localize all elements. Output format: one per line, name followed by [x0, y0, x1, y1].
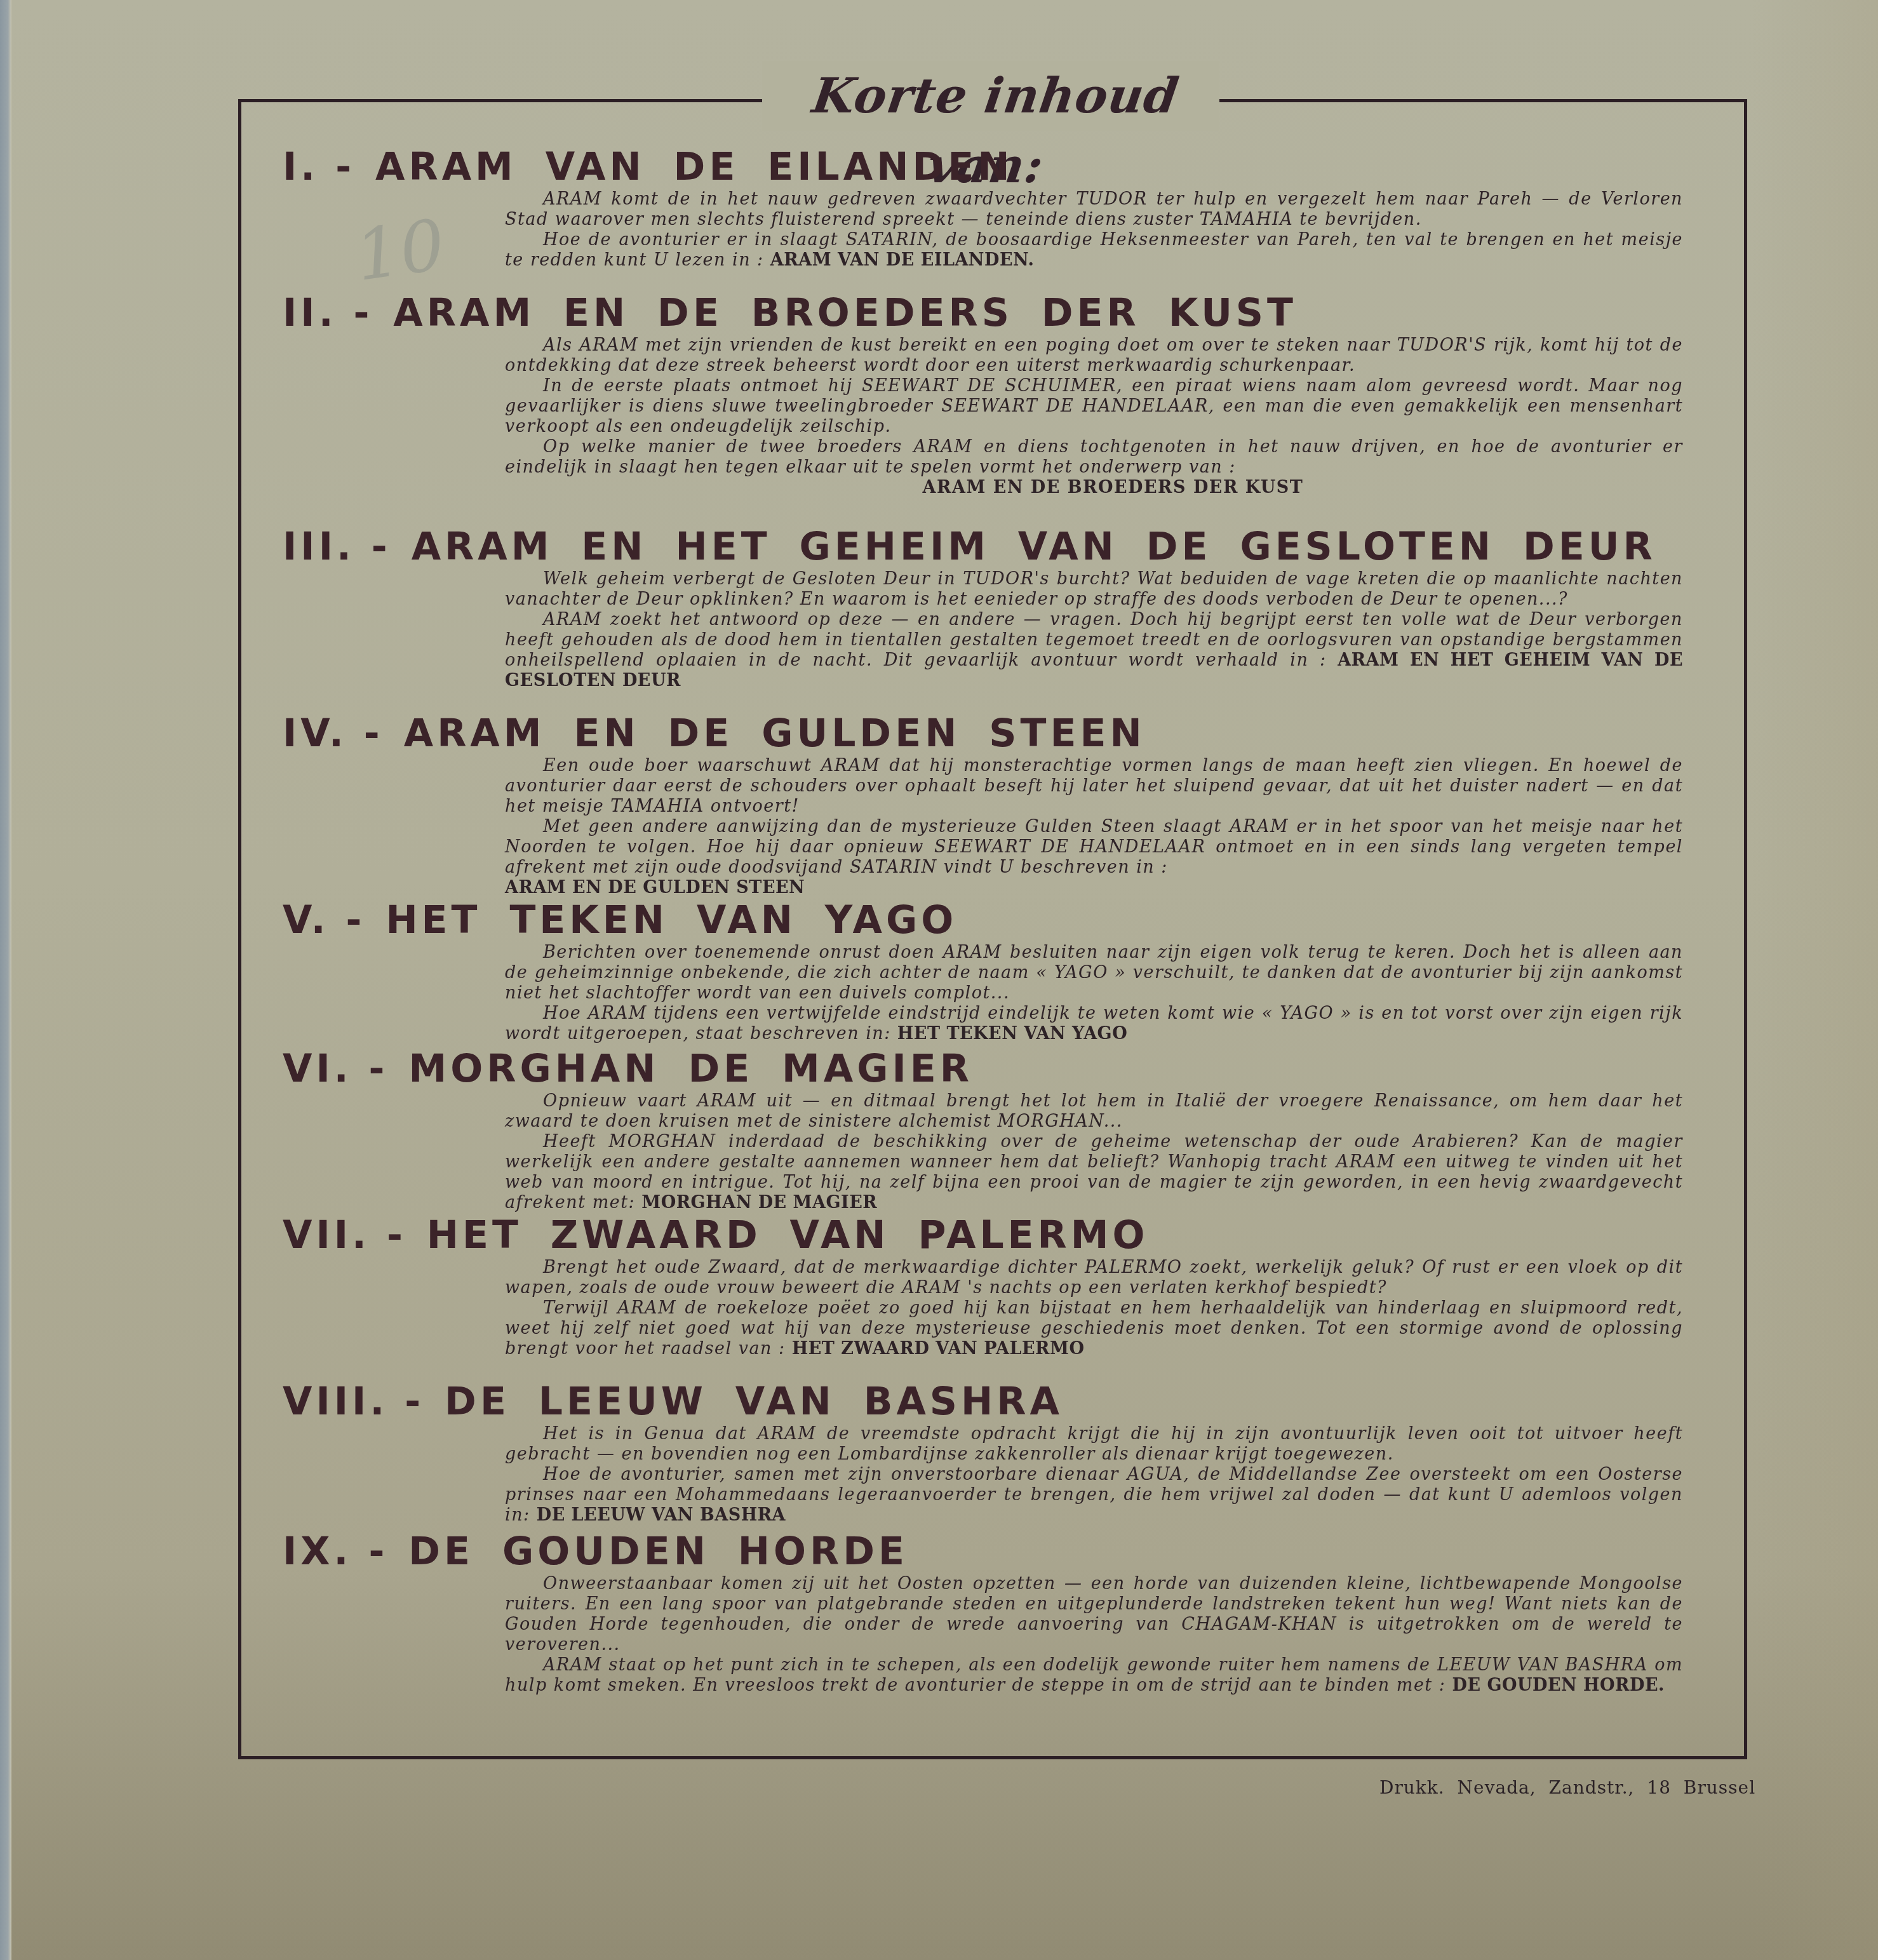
paragraph: Brengt het oude Zwaard, dat de merkwaard…	[505, 1258, 1683, 1298]
section-title: DE GOUDEN HORDE	[408, 1529, 908, 1574]
section-dash: -	[369, 1047, 389, 1091]
book-reference: ARAM EN DE BROEDERS DER KUST	[505, 478, 1683, 498]
section-body: Opnieuw vaart ARAM uit — en ditmaal bren…	[505, 1091, 1683, 1213]
book-reference: HET TEKEN VAN YAGO	[897, 1024, 1127, 1044]
section-heading: VII.-HET ZWAARD VAN PALERMO	[283, 1213, 1693, 1258]
section-title: ARAM EN HET GEHEIM VAN DE GESLOTEN DEUR	[412, 525, 1656, 569]
section-number: IV.	[283, 711, 347, 756]
section-body: ARAM komt de in het nauw gedreven zwaard…	[505, 189, 1683, 271]
section-3: III.-ARAM EN HET GEHEIM VAN DE GESLOTEN …	[283, 525, 1693, 691]
section-heading: I.-ARAM VAN DE EILANDEN	[283, 145, 1693, 189]
section-dash: -	[364, 711, 384, 756]
section-title: ARAM EN DE GULDEN STEEN	[404, 711, 1146, 756]
section-dash: -	[387, 1213, 406, 1258]
paragraph: Met geen andere aanwijzing dan de myster…	[505, 817, 1683, 878]
book-reference: DE LEEUW VAN BASHRA	[537, 1505, 786, 1525]
section-title: HET ZWAARD VAN PALERMO	[427, 1213, 1149, 1258]
section-heading: IV.-ARAM EN DE GULDEN STEEN	[283, 711, 1693, 756]
section-number: II.	[283, 291, 337, 335]
section-body: Berichten over toenemende onrust doen AR…	[505, 943, 1683, 1044]
section-heading: VIII.-DE LEEUW VAN BASHRA	[283, 1379, 1693, 1424]
book-reference: DE GOUDEN HORDE.	[1452, 1675, 1664, 1695]
paragraph: ARAM staat op het punt zich in te schepe…	[505, 1655, 1683, 1696]
section-title: MORGHAN DE MAGIER	[408, 1047, 973, 1091]
title-banner: Korte inhoud van:	[762, 61, 1219, 131]
section-5: V.-HET TEKEN VAN YAGO Berichten over toe…	[283, 898, 1693, 1044]
section-body: Brengt het oude Zwaard, dat de merkwaard…	[505, 1258, 1683, 1359]
section-body: Onweerstaanbaar komen zij uit het Oosten…	[505, 1574, 1683, 1696]
section-body: Het is in Genua dat ARAM de vreemdste op…	[505, 1424, 1683, 1526]
paragraph: Het is in Genua dat ARAM de vreemdste op…	[505, 1424, 1683, 1465]
section-title: HET TEKEN VAN YAGO	[386, 898, 957, 943]
paragraph: In de eerste plaats ontmoet hij SEEWART …	[505, 376, 1683, 437]
section-title: ARAM VAN DE EILANDEN	[375, 145, 1013, 189]
paragraph: Opnieuw vaart ARAM uit — en ditmaal bren…	[505, 1091, 1683, 1132]
section-8: VIII.-DE LEEUW VAN BASHRA Het is in Genu…	[283, 1379, 1693, 1526]
section-dash: -	[368, 1529, 388, 1574]
section-9: IX.-DE GOUDEN HORDE Onweerstaanbaar kome…	[283, 1529, 1693, 1696]
paragraph: ARAM komt de in het nauw gedreven zwaard…	[505, 189, 1683, 230]
book-reference: ARAM EN DE GULDEN STEEN	[505, 878, 1683, 898]
section-1: I.-ARAM VAN DE EILANDEN ARAM komt de in …	[283, 145, 1693, 271]
printer-imprint: Drukk. Nevada, Zandstr., 18 Brussel	[1379, 1777, 1755, 1798]
section-heading: II.-ARAM EN DE BROEDERS DER KUST	[283, 291, 1693, 335]
section-title: DE LEEUW VAN BASHRA	[445, 1379, 1063, 1424]
page-shading	[1751, 0, 1878, 1960]
paragraph: Een oude boer waarschuwt ARAM dat hij mo…	[505, 756, 1683, 817]
paragraph: ARAM zoekt het antwoord op deze — en and…	[505, 610, 1683, 691]
section-dash: -	[346, 898, 366, 943]
section-body: Welk geheim verbergt de Gesloten Deur in…	[505, 569, 1683, 691]
paragraph: Als ARAM met zijn vrienden de kust berei…	[505, 335, 1683, 376]
section-7: VII.-HET ZWAARD VAN PALERMO Brengt het o…	[283, 1213, 1693, 1359]
paragraph: Hoe ARAM tijdens een vertwijfelde eindst…	[505, 1003, 1683, 1044]
section-heading: III.-ARAM EN HET GEHEIM VAN DE GESLOTEN …	[283, 525, 1693, 569]
paragraph: Berichten over toenemende onrust doen AR…	[505, 943, 1683, 1003]
page-edge-strip	[0, 0, 11, 1960]
paragraph: Hoe de avonturier er in slaagt SATARIN, …	[505, 230, 1683, 271]
book-reference: ARAM VAN DE EILANDEN.	[770, 250, 1035, 270]
paragraph: Welk geheim verbergt de Gesloten Deur in…	[505, 569, 1683, 610]
section-number: I.	[283, 145, 319, 189]
paragraph: Heeft MORGHAN inderdaad de beschikking o…	[505, 1132, 1683, 1213]
section-4: IV.-ARAM EN DE GULDEN STEEN Een oude boe…	[283, 711, 1693, 898]
section-number: IX.	[283, 1529, 352, 1574]
section-heading: VI.-MORGHAN DE MAGIER	[283, 1047, 1693, 1091]
section-heading: IX.-DE GOUDEN HORDE	[283, 1529, 1693, 1574]
paragraph: Hoe de avonturier, samen met zijn onvers…	[505, 1465, 1683, 1526]
section-6: VI.-MORGHAN DE MAGIER Opnieuw vaart ARAM…	[283, 1047, 1693, 1213]
section-dash: -	[335, 145, 355, 189]
section-body: Een oude boer waarschuwt ARAM dat hij mo…	[505, 756, 1683, 898]
section-dash: -	[372, 525, 391, 569]
section-number: VI.	[283, 1047, 352, 1091]
section-body: Als ARAM met zijn vrienden de kust berei…	[505, 335, 1683, 498]
section-heading: V.-HET TEKEN VAN YAGO	[283, 898, 1693, 943]
paragraph: Onweerstaanbaar komen zij uit het Oosten…	[505, 1574, 1683, 1655]
section-number: VIII.	[283, 1379, 388, 1424]
section-number: VII.	[283, 1213, 370, 1258]
book-reference: HET ZWAARD VAN PALERMO	[792, 1339, 1085, 1359]
paragraph: Terwijl ARAM de roekeloze poëet zo goed …	[505, 1298, 1683, 1359]
paragraph: Op welke manier de twee broeders ARAM en…	[505, 437, 1683, 478]
section-number: III.	[283, 525, 355, 569]
section-dash: -	[353, 291, 373, 335]
section-title: ARAM EN DE BROEDERS DER KUST	[393, 291, 1297, 335]
section-dash: -	[405, 1379, 424, 1424]
section-2: II.-ARAM EN DE BROEDERS DER KUST Als ARA…	[283, 291, 1693, 498]
book-reference: MORGHAN DE MAGIER	[641, 1193, 877, 1212]
section-number: V.	[283, 898, 330, 943]
